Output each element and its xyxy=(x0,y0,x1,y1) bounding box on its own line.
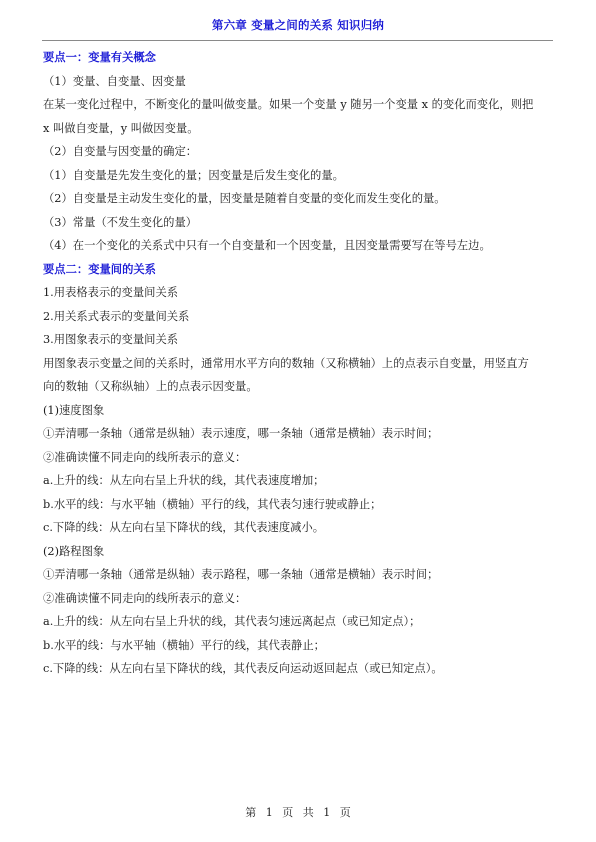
list-item: b.水平的线：与水平轴（横轴）平行的线，其代表匀速行驶或静止； xyxy=(43,493,555,517)
paragraph-line: 用图象表示变量之间的关系时，通常用水平方向的数轴（又称横轴）上的点表示自变量，用… xyxy=(43,352,555,376)
list-item: 2.用关系式表示的变量间关系 xyxy=(43,305,555,329)
list-item: c.下降的线：从左向右呈下降状的线，其代表速度减小。 xyxy=(43,516,555,540)
list-item: ②准确读懂不同走向的线所表示的意义： xyxy=(43,446,555,470)
document-title: 第六章 变量之间的关系 知识归纳 xyxy=(0,17,596,33)
header-divider xyxy=(42,40,553,41)
subheading-determination: （2）自变量与因变量的确定： xyxy=(43,140,555,164)
footer-page-word: 页 xyxy=(282,806,293,819)
list-item: 3.用图象表示的变量间关系 xyxy=(43,328,555,352)
section-heading-variable-relationships: 要点二：变量间的关系 xyxy=(43,258,555,282)
total-pages-number: 1 xyxy=(323,806,330,819)
list-item: 1.用表格表示的变量间关系 xyxy=(43,281,555,305)
list-item: （1）自变量是先发生变化的量；因变量是后发生变化的量。 xyxy=(43,164,555,188)
list-item: ①弄清哪一条轴（通常是纵轴）表示速度，哪一条轴（通常是横轴）表示时间； xyxy=(43,422,555,446)
list-item: a.上升的线：从左向右呈上升状的线，其代表速度增加； xyxy=(43,469,555,493)
subheading-distance-graph: (2)路程图象 xyxy=(43,540,555,564)
list-item: （3）常量（不发生变化的量） xyxy=(43,211,555,235)
footer-prefix: 第 xyxy=(245,806,256,819)
document-body: 要点一：变量有关概念 （1）变量、自变量、因变量 在某一变化过程中，不断变化的量… xyxy=(43,46,555,681)
page-number-footer: 第 1 页 共 1 页 xyxy=(0,804,596,820)
paragraph-line: x 叫做自变量，y 叫做因变量。 xyxy=(43,117,555,141)
list-item: b.水平的线：与水平轴（横轴）平行的线，其代表静止； xyxy=(43,634,555,658)
subheading-speed-graph: (1)速度图象 xyxy=(43,399,555,423)
footer-suffix: 页 xyxy=(340,806,351,819)
section-heading-variable-concepts: 要点一：变量有关概念 xyxy=(43,46,555,70)
list-item: （2）自变量是主动发生变化的量，因变量是随着自变量的变化而发生变化的量。 xyxy=(43,187,555,211)
current-page-number: 1 xyxy=(266,806,273,819)
list-item: ②准确读懂不同走向的线所表示的意义： xyxy=(43,587,555,611)
list-item: a.上升的线：从左向右呈上升状的线，其代表匀速远离起点（或已知定点）； xyxy=(43,610,555,634)
paragraph-line: 向的数轴（又称纵轴）上的点表示因变量。 xyxy=(43,375,555,399)
list-item: c.下降的线：从左向右呈下降状的线，其代表反向运动返回起点（或已知定点）。 xyxy=(43,657,555,681)
list-item: ①弄清哪一条轴（通常是纵轴）表示路程，哪一条轴（通常是横轴）表示时间； xyxy=(43,563,555,587)
footer-total-prefix: 共 xyxy=(303,806,314,819)
paragraph-line: 在某一变化过程中，不断变化的量叫做变量。如果一个变量 y 随另一个变量 x 的变… xyxy=(43,93,555,117)
list-item: （4）在一个变化的关系式中只有一个自变量和一个因变量，且因变量需要写在等号左边。 xyxy=(43,234,555,258)
subheading-variable-types: （1）变量、自变量、因变量 xyxy=(43,70,555,94)
